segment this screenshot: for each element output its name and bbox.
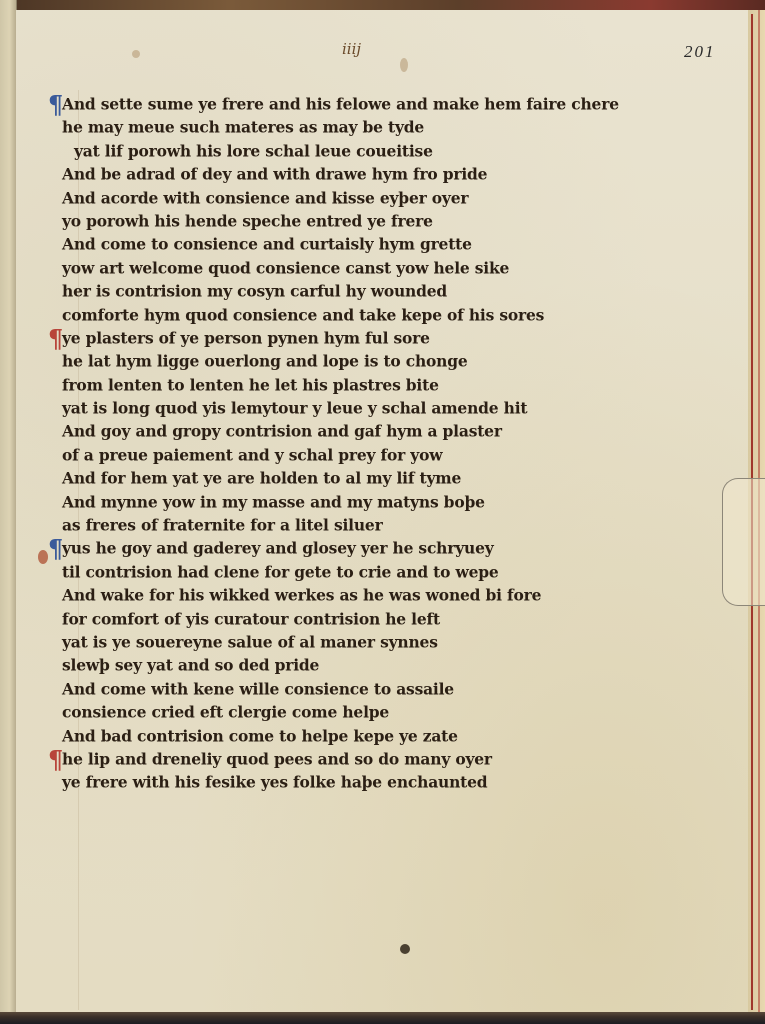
text-line: comforte hym quod consience and take kep… [62,302,742,327]
bottom-page-edge [0,1012,765,1024]
text-line: ¶he lip and dreneliy quod pees and so do… [62,746,742,771]
text-line: ¶ye plasters of ye person pynen hym ful … [62,325,742,350]
text-line: And come to consience and curtaisly hym … [62,232,742,257]
text-line: her is contrision my cosyn carful hy wou… [62,279,742,304]
page-tab-flap [722,478,765,606]
text-line: til contrision had clene for gete to cri… [62,559,742,584]
text-line: ¶yus he goy and gaderey and glosey yer h… [62,536,742,561]
text-line: yow art welcome quod consience canst yow… [62,255,742,280]
text-line: of a preue paiement and y schal prey for… [62,442,742,467]
binding-gutter [0,0,17,1024]
paragraph-mark-icon: ¶ [48,327,63,350]
text-line: yo porowh his hende speche entred ye fre… [62,208,742,233]
text-line: ¶And sette sume ye frere and his felowe … [62,91,742,116]
text-block: ¶And sette sume ye frere and his felowe … [62,92,742,794]
text-line: for comfort of yis curatour contrision h… [62,606,742,631]
quire-signature: iiij [342,40,361,58]
red-ink-spot [38,550,48,564]
text-line: yat is ye souereyne salue of al maner sy… [62,629,742,654]
text-line: And goy and gropy contrision and gaf hym… [62,419,742,444]
folio-number: 201 [684,42,716,62]
text-line: he may meue such materes as may be tyde [62,115,742,140]
text-line: he lat hym ligge ouerlong and lope is to… [62,349,742,374]
paragraph-mark-icon: ¶ [48,94,63,117]
text-line: consience cried eft clergie come helpe [62,700,742,725]
stain [132,50,140,58]
manuscript-page: iiij 201 ¶And sette sume ye frere and hi… [16,10,748,1012]
stain [400,58,408,72]
text-line: And acorde with consience and kisse eyþe… [62,185,742,210]
text-line: yat is long quod yis lemytour y leue y s… [62,395,742,420]
text-line: And come with kene wille consience to as… [62,676,742,701]
text-line: ye frere with his fesike yes folke haþe … [62,770,742,795]
text-line: yat lif porowh his lore schal leue couei… [62,138,742,163]
text-line: slewþ sey yat and so ded pride [62,653,742,678]
text-line: And for hem yat ye are holden to al my l… [62,466,742,491]
top-page-edge [0,0,765,10]
paragraph-mark-icon: ¶ [48,748,63,771]
text-line: And wake for his wikked werkes as he was… [62,583,742,608]
text-line: And bad contrision come to helpe kepe ye… [62,723,742,748]
text-line: as freres of fraternite for a litel silu… [62,512,742,537]
text-line: And mynne yow in my masse and my matyns … [62,489,742,514]
text-line: from lenten to lenten he let his plastre… [62,372,742,397]
paragraph-mark-icon: ¶ [48,538,63,561]
text-line: And be adrad of dey and with drawe hym f… [62,162,742,187]
ink-blot [400,944,410,954]
